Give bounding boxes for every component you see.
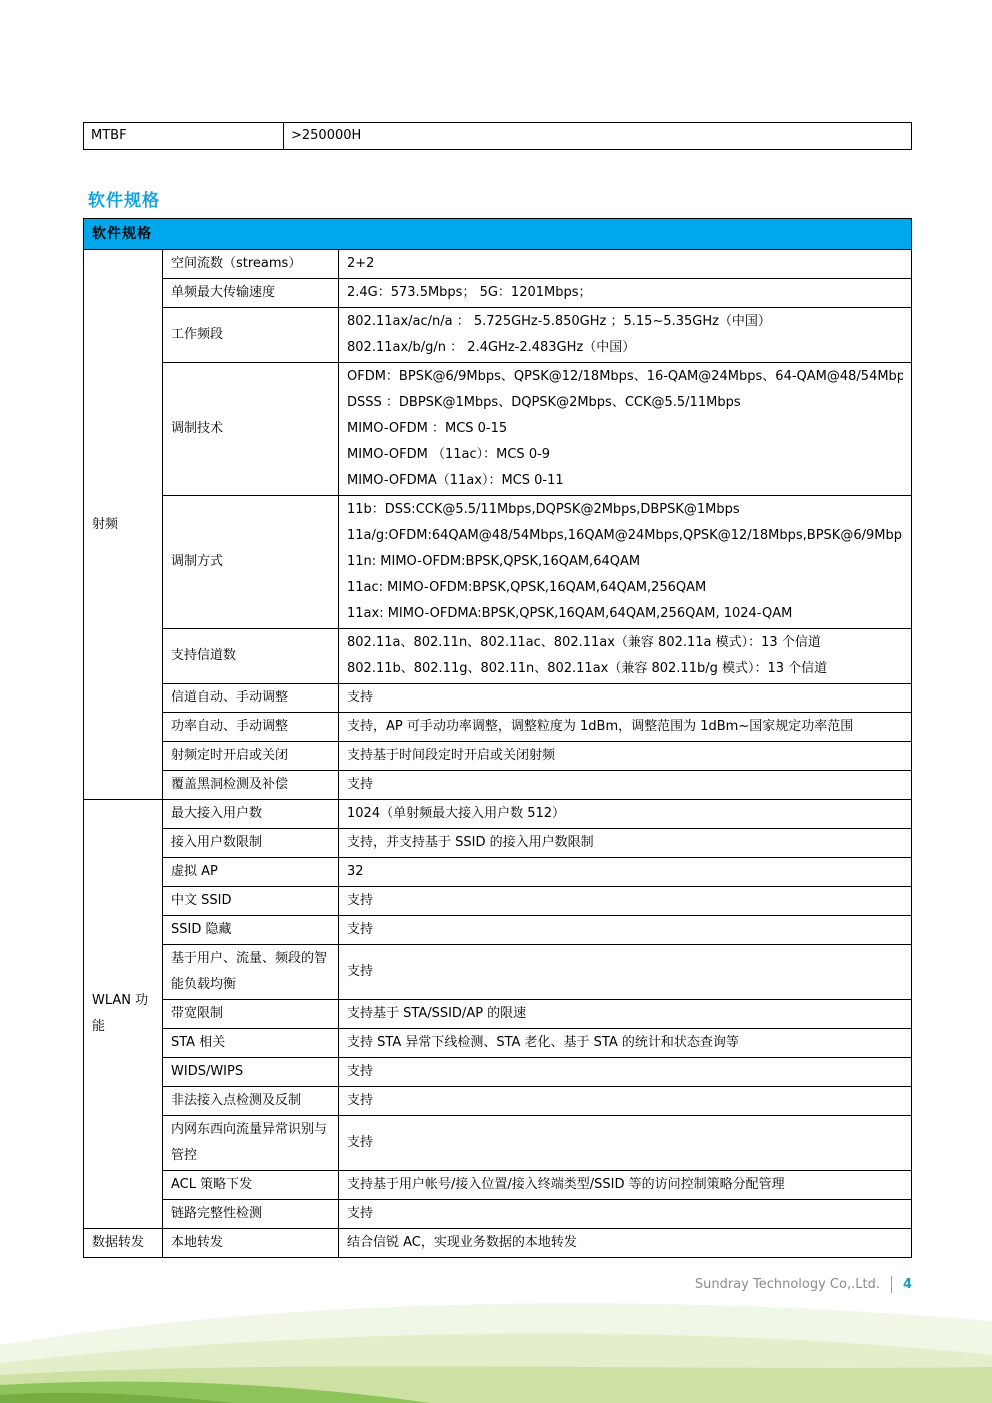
spec-label-cell: 射频定时开启或关闭 [163,742,339,771]
mtbf-value-cell: >250000H [284,123,912,150]
value-line: 支持 [347,685,903,711]
value-line: MIMO-OFDMA（11ax）：MCS 0-11 [347,468,903,494]
value-line: 1024（单射频最大接入用户数 512） [347,801,903,827]
table-row: SSID 隐藏支持 [84,916,912,945]
table-row: 虚拟 AP32 [84,858,912,887]
spec-label-cell: 最大接入用户数 [163,800,339,829]
value-line: 支持 [347,1201,903,1227]
spec-value-cell: 支持基于用户帐号/接入位置/接入终端类型/SSID 等的访问控制策略分配管理 [339,1171,912,1200]
spec-label-cell: 功率自动、手动调整 [163,713,339,742]
value-line: 支持基于 STA/SSID/AP 的限速 [347,1001,903,1027]
spec-value-cell: 支持 [339,1200,912,1229]
spec-label-cell: 调制技术 [163,363,339,496]
spec-label-cell: 覆盖黑洞检测及补偿 [163,771,339,800]
table-row: 工作频段802.11ax/ac/n/a ： 5.725GHz-5.850GHz … [84,308,912,363]
category-cell: WLAN 功能 [84,800,163,1229]
spec-label-cell: 信道自动、手动调整 [163,684,339,713]
spec-value-cell: 支持，并支持基于 SSID 的接入用户数限制 [339,829,912,858]
spec-value-cell: 支持 [339,916,912,945]
value-line: MIMO-OFDM （11ac）：MCS 0-9 [347,442,903,468]
spec-value-cell: 32 [339,858,912,887]
spec-value-cell: 支持 [339,887,912,916]
value-line: 支持 STA 异常下线检测、STA 老化、基于 STA 的统计和状态查询等 [347,1030,903,1056]
spec-label-cell: 支持信道数 [163,629,339,684]
spec-label-cell: 带宽限制 [163,1000,339,1029]
spec-value-cell: 2.4G：573.5Mbps； 5G：1201Mbps； [339,279,912,308]
value-line: 11a/g:OFDM:64QAM@48/54Mbps,16QAM@24Mbps,… [347,523,903,549]
spec-value-cell: 支持基于时间段定时开启或关闭射频 [339,742,912,771]
value-line: MIMO-OFDM ：MCS 0-15 [347,416,903,442]
value-line: OFDM：BPSK@6/9Mbps、QPSK@12/18Mbps、16-QAM@… [347,364,903,390]
spec-value-cell: 支持 [339,945,912,1000]
spec-label-cell: 链路完整性检测 [163,1200,339,1229]
spec-label-cell: 中文 SSID [163,887,339,916]
spec-label-cell: 工作频段 [163,308,339,363]
value-line: 802.11ax/ac/n/a ： 5.725GHz-5.850GHz ；5.1… [347,309,903,335]
spec-label-cell: 单频最大传输速度 [163,279,339,308]
table-row: 调制技术OFDM：BPSK@6/9Mbps、QPSK@12/18Mbps、16-… [84,363,912,496]
value-line: DSSS ：DBPSK@1Mbps、DQPSK@2Mbps、CCK@5.5/11… [347,390,903,416]
value-line: 支持，并支持基于 SSID 的接入用户数限制 [347,830,903,856]
spec-label-cell: 虚拟 AP [163,858,339,887]
value-line: 支持基于用户帐号/接入位置/接入终端类型/SSID 等的访问控制策略分配管理 [347,1172,903,1198]
table-row: 覆盖黑洞检测及补偿支持 [84,771,912,800]
value-line: 802.11a、802.11n、802.11ac、802.11ax（兼容 802… [347,630,903,656]
spec-label-cell: STA 相关 [163,1029,339,1058]
spec-value-cell: 支持 [339,771,912,800]
value-line: 11ac: MIMO-OFDM:BPSK,QPSK,16QAM,64QAM,25… [347,575,903,601]
table-row: WLAN 功能最大接入用户数1024（单射频最大接入用户数 512） [84,800,912,829]
table-row: STA 相关支持 STA 异常下线检测、STA 老化、基于 STA 的统计和状态… [84,1029,912,1058]
table-row: 信道自动、手动调整支持 [84,684,912,713]
table-row: 带宽限制支持基于 STA/SSID/AP 的限速 [84,1000,912,1029]
value-line: 支持 [347,1130,903,1156]
value-line: 32 [347,859,903,885]
value-line: 802.11ax/b/g/n ： 2.4GHz-2.483GHz（中国） [347,335,903,361]
value-line: 支持 [347,917,903,943]
table-row: 支持信道数802.11a、802.11n、802.11ac、802.11ax（兼… [84,629,912,684]
table-row: 基于用户、流量、频段的智能负载均衡支持 [84,945,912,1000]
spec-value-cell: 支持 [339,1116,912,1171]
category-cell: 射频 [84,250,163,800]
value-line: 11ax: MIMO-OFDMA:BPSK,QPSK,16QAM,64QAM,2… [347,601,903,627]
table-row: 调制方式11b：DSS:CCK@5.5/11Mbps,DQPSK@2Mbps,D… [84,496,912,629]
table-header-cell: 软件规格 [84,219,912,250]
spec-value-cell: 11b：DSS:CCK@5.5/11Mbps,DQPSK@2Mbps,DBPSK… [339,496,912,629]
table-row: 射频空间流数（streams）2+2 [84,250,912,279]
table-row: MTBF >250000H [84,123,912,150]
spec-value-cell: 支持 [339,1058,912,1087]
spec-label-cell: SSID 隐藏 [163,916,339,945]
table-row: 功率自动、手动调整支持，AP 可手动功率调整，调整粒度为 1dBm，调整范围为 … [84,713,912,742]
spec-value-cell: 802.11ax/ac/n/a ： 5.725GHz-5.850GHz ；5.1… [339,308,912,363]
value-line: 11b：DSS:CCK@5.5/11Mbps,DQPSK@2Mbps,DBPSK… [347,497,903,523]
table-row: ACL 策略下发支持基于用户帐号/接入位置/接入终端类型/SSID 等的访问控制… [84,1171,912,1200]
spec-label-cell: 非法接入点检测及反制 [163,1087,339,1116]
value-line: 2.4G：573.5Mbps； 5G：1201Mbps； [347,280,903,306]
value-line: 支持 [347,1088,903,1114]
table-row: 链路完整性检测支持 [84,1200,912,1229]
spec-value-cell: 结合信锐 AC，实现业务数据的本地转发 [339,1229,912,1258]
section-title: 软件规格 [88,186,160,211]
spec-value-cell: 支持 [339,684,912,713]
spec-value-cell: 1024（单射频最大接入用户数 512） [339,800,912,829]
mtbf-table: MTBF >250000H [83,122,912,150]
table-row: 单频最大传输速度2.4G：573.5Mbps； 5G：1201Mbps； [84,279,912,308]
spec-value-cell: 支持，AP 可手动功率调整，调整粒度为 1dBm，调整范围为 1dBm~国家规定… [339,713,912,742]
value-line: 支持，AP 可手动功率调整，调整粒度为 1dBm，调整范围为 1dBm~国家规定… [347,714,903,740]
spec-label-cell: WIDS/WIPS [163,1058,339,1087]
table-row: WIDS/WIPS支持 [84,1058,912,1087]
spec-label-cell: 本地转发 [163,1229,339,1258]
document-page: MTBF >250000H 软件规格 软件规格 射频空间流数（streams）2… [0,0,992,1403]
spec-label-cell: 空间流数（streams） [163,250,339,279]
spec-value-cell: 支持基于 STA/SSID/AP 的限速 [339,1000,912,1029]
spec-label-cell: ACL 策略下发 [163,1171,339,1200]
value-line: 802.11b、802.11g、802.11n、802.11ax（兼容 802.… [347,656,903,682]
spec-value-cell: 支持 [339,1087,912,1116]
table-row: 接入用户数限制支持，并支持基于 SSID 的接入用户数限制 [84,829,912,858]
table-row: 中文 SSID支持 [84,887,912,916]
table-row: 内网东西向流量异常识别与管控支持 [84,1116,912,1171]
value-line: 支持 [347,772,903,798]
spec-value-cell: 2+2 [339,250,912,279]
mtbf-label-cell: MTBF [84,123,284,150]
value-line: 支持 [347,959,903,985]
spec-value-cell: 支持 STA 异常下线检测、STA 老化、基于 STA 的统计和状态查询等 [339,1029,912,1058]
value-line: 支持 [347,888,903,914]
table-row: 非法接入点检测及反制支持 [84,1087,912,1116]
spec-label-cell: 基于用户、流量、频段的智能负载均衡 [163,945,339,1000]
value-line: 支持 [347,1059,903,1085]
category-cell: 数据转发 [84,1229,163,1258]
spec-label-cell: 调制方式 [163,496,339,629]
spec-table: 软件规格 射频空间流数（streams）2+2单频最大传输速度2.4G：573.… [83,218,912,1258]
spec-label-cell: 内网东西向流量异常识别与管控 [163,1116,339,1171]
value-line: 支持基于时间段定时开启或关闭射频 [347,743,903,769]
table-row: 射频定时开启或关闭支持基于时间段定时开启或关闭射频 [84,742,912,771]
table-row: 数据转发本地转发结合信锐 AC，实现业务数据的本地转发 [84,1229,912,1258]
spec-label-cell: 接入用户数限制 [163,829,339,858]
value-line: 结合信锐 AC，实现业务数据的本地转发 [347,1230,903,1256]
table-header-row: 软件规格 [84,219,912,250]
value-line: 2+2 [347,251,903,277]
decorative-waves [0,1283,992,1403]
value-line: 11n: MIMO-OFDM:BPSK,QPSK,16QAM,64QAM [347,549,903,575]
spec-value-cell: 802.11a、802.11n、802.11ac、802.11ax（兼容 802… [339,629,912,684]
spec-value-cell: OFDM：BPSK@6/9Mbps、QPSK@12/18Mbps、16-QAM@… [339,363,912,496]
